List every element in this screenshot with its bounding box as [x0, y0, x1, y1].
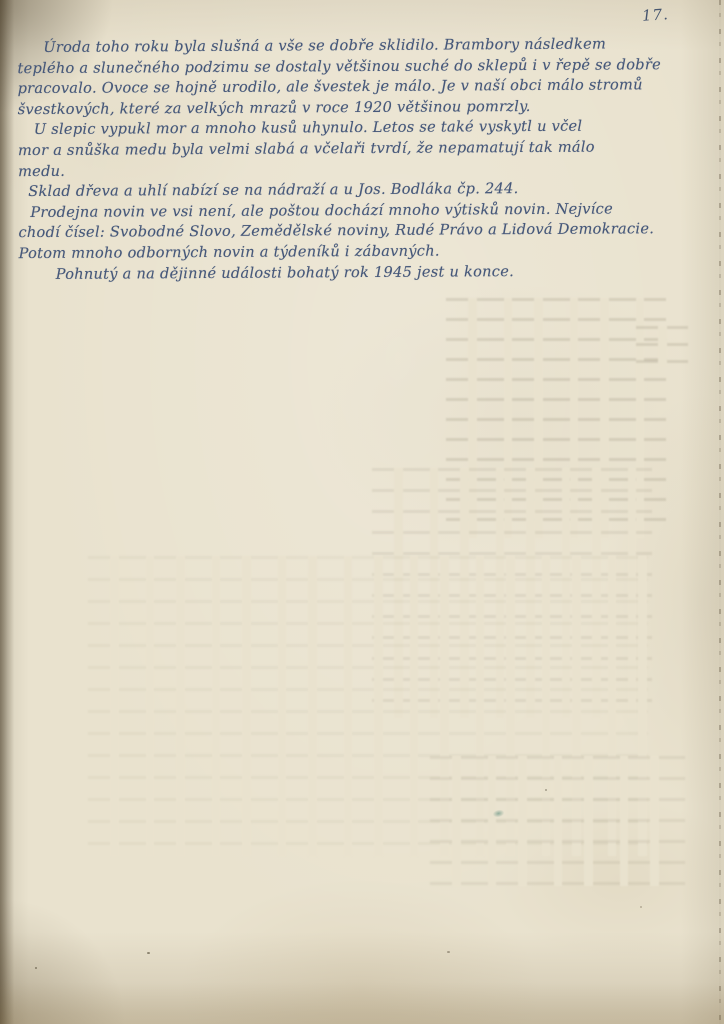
- manuscript-line: Pohnutý a na dějinné události bohatý rok…: [19, 260, 711, 285]
- bleed-through-texture: [430, 756, 685, 886]
- manuscript-line: chodí čísel: Svobodné Slovo, Zemědělské …: [18, 219, 710, 244]
- page-right-edge: [719, 0, 721, 1024]
- bleed-through-texture: [372, 468, 652, 718]
- bleed-through-texture: [636, 326, 688, 366]
- blue-ink-stain: [492, 809, 504, 818]
- page-left-edge-shadow: [0, 0, 14, 1024]
- ink-speck: [35, 967, 37, 969]
- manuscript-line: pracovalo. Ovoce se hojně urodilo, ale š…: [18, 75, 710, 100]
- ink-speck: [545, 789, 547, 791]
- manuscript-page: 17. Úroda toho roku byla slušná a vše se…: [0, 0, 724, 1024]
- handwritten-text-block: Úroda toho roku byla slušná a vše se dob…: [17, 34, 710, 285]
- bleed-through-texture: [446, 298, 666, 538]
- page-bottom-shadow: [0, 982, 724, 1024]
- ink-speck: [147, 952, 150, 954]
- page-number: 17.: [641, 5, 669, 25]
- bleed-through-texture: [88, 556, 648, 856]
- ink-speck: [640, 906, 642, 908]
- ink-speck: [447, 951, 450, 953]
